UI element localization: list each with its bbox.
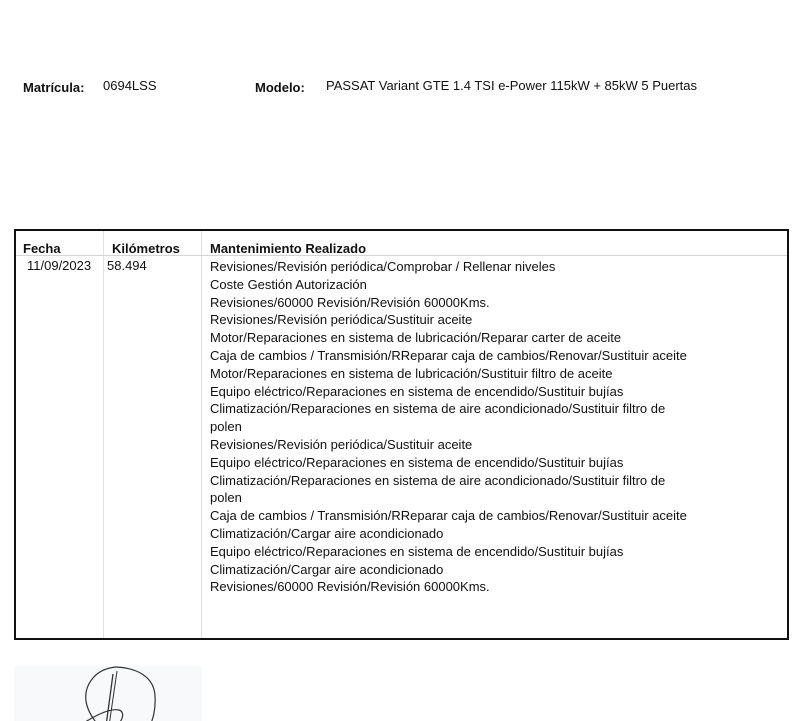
maintenance-item: Climatización/Cargar aire acondicionado: [210, 525, 690, 543]
modelo-value: PASSAT Variant GTE 1.4 TSI e-Power 115kW…: [326, 78, 697, 93]
maintenance-item: Equipo eléctrico/Reparaciones en sistema…: [210, 383, 690, 401]
column-header-fecha: Fecha: [23, 241, 61, 256]
maintenance-table: Fecha Kilómetros Mantenimiento Realizado…: [14, 229, 789, 640]
maintenance-item: Caja de cambios / Transmisión/RReparar c…: [210, 347, 690, 365]
maintenance-item: Revisiones/Revisión periódica/Comprobar …: [210, 258, 690, 276]
maintenance-item: Motor/Reparaciones en sistema de lubrica…: [210, 329, 690, 347]
matricula-value: 0694LSS: [103, 78, 157, 93]
maintenance-item: Revisiones/Revisión periódica/Sustituir …: [210, 436, 690, 454]
maintenance-item: Coste Gestión Autorización: [210, 276, 690, 294]
signature-box: [14, 666, 202, 721]
column-divider: [201, 231, 202, 638]
modelo-label: Modelo:: [255, 80, 305, 95]
maintenance-item: Revisiones/60000 Revisión/Revisión 60000…: [210, 578, 690, 596]
maintenance-item: Equipo eléctrico/Reparaciones en sistema…: [210, 543, 690, 561]
matricula-label: Matrícula:: [23, 80, 84, 95]
maintenance-item: Motor/Reparaciones en sistema de lubrica…: [210, 365, 690, 383]
maintenance-item: Revisiones/60000 Revisión/Revisión 60000…: [210, 294, 690, 312]
column-divider: [103, 231, 104, 638]
cell-kilometros: 58.494: [107, 258, 147, 273]
maintenance-item: Revisiones/Revisión periódica/Sustituir …: [210, 311, 690, 329]
signature-icon: [14, 666, 202, 721]
column-header-kilometros: Kilómetros: [112, 241, 180, 256]
cell-mantenimiento: Revisiones/Revisión periódica/Comprobar …: [210, 258, 690, 596]
cell-fecha: 11/09/2023: [27, 258, 91, 273]
maintenance-item: Climatización/Reparaciones en sistema de…: [210, 400, 690, 436]
maintenance-item: Climatización/Cargar aire acondicionado: [210, 561, 690, 579]
maintenance-item: Climatización/Reparaciones en sistema de…: [210, 472, 690, 508]
column-header-mantenimiento: Mantenimiento Realizado: [210, 241, 366, 256]
maintenance-item: Caja de cambios / Transmisión/RReparar c…: [210, 507, 690, 525]
maintenance-item: Equipo eléctrico/Reparaciones en sistema…: [210, 454, 690, 472]
